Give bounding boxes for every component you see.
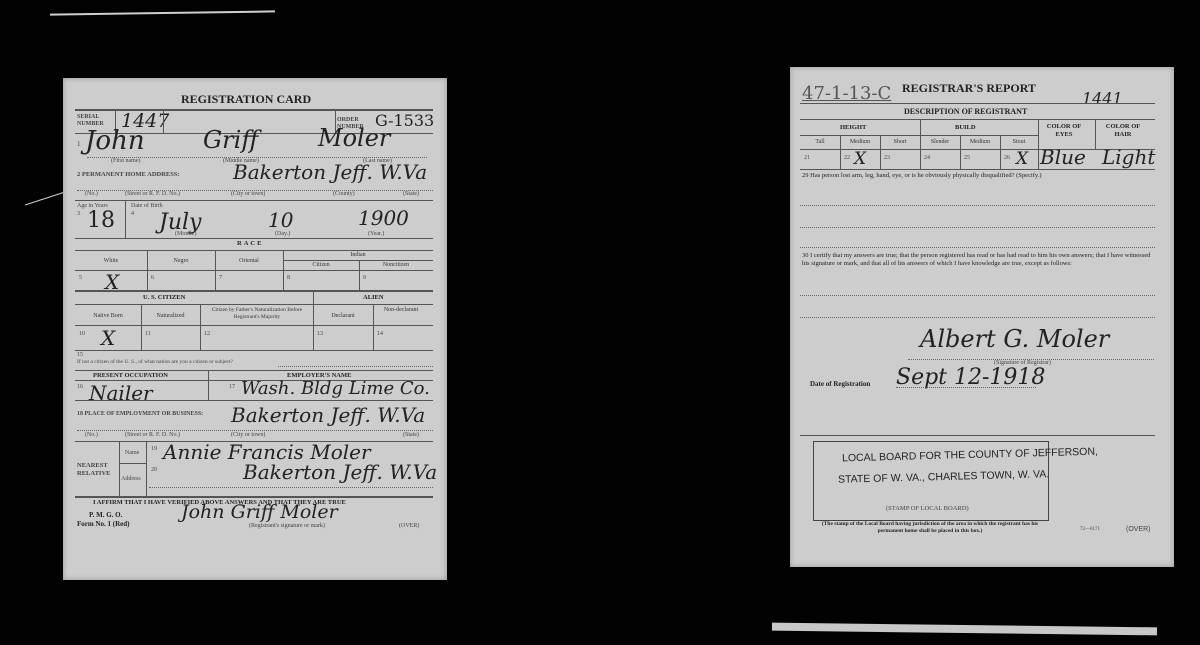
relative-address: Bakerton Jeff. W.Va xyxy=(243,460,437,484)
home-address: Bakerton Jeff. W.Va xyxy=(233,160,427,184)
age: 18 xyxy=(87,208,115,233)
question-29: 29 Has person lost arm, leg, hand, eye, … xyxy=(802,172,1157,180)
build-stout-mark: X xyxy=(1016,149,1028,169)
first-name: John xyxy=(85,126,145,156)
eye-color: Blue xyxy=(1040,145,1086,169)
alien-header: ALIEN xyxy=(363,294,384,301)
occupation: Nailer xyxy=(89,381,153,405)
question-15: If not a citizen of the U. S., of what n… xyxy=(77,359,233,365)
native-born-mark: X xyxy=(101,326,115,350)
dob-day: 10 xyxy=(268,208,293,232)
place-of-employment: Bakerton Jeff. W.Va xyxy=(231,403,425,427)
registrars-report-card: 47-1-13-C REGISTRAR'S REPORT 1441 DESCRI… xyxy=(790,67,1174,567)
race-header: RACE xyxy=(237,240,263,247)
last-name: Moler xyxy=(318,124,390,152)
occupation-header: PRESENT OCCUPATION xyxy=(93,372,168,379)
film-streak-left xyxy=(25,192,65,206)
place-of-employment-label: 18 PLACE OF EMPLOYMENT OR BUSINESS: xyxy=(77,411,203,417)
date-of-registration-label: Date of Registration xyxy=(810,380,870,388)
registration-card: REGISTRATION CARD SERIAL NUMBER 1447 ORD… xyxy=(63,78,447,580)
stamp-note: (The stamp of the Local Board having jur… xyxy=(810,521,1050,535)
description-subtitle: DESCRIPTION OF REGISTRANT xyxy=(904,107,1027,116)
form-code: 47-1-13-C xyxy=(802,83,891,104)
question-30: 30 I certify that my answers are true; t… xyxy=(802,252,1157,268)
film-streak-top xyxy=(50,10,275,15)
home-address-label: 2 PERMANENT HOME ADDRESS: xyxy=(77,171,180,178)
us-citizen-header: U. S. CITIZEN xyxy=(143,294,185,301)
middle-name: Griff xyxy=(203,126,258,154)
card-title: REGISTRATION CARD xyxy=(181,92,311,107)
film-strip-bottom xyxy=(772,623,1157,636)
height-medium-mark: X xyxy=(854,149,866,169)
employer-name: Wash. Bldg Lime Co. xyxy=(241,378,430,399)
registrant-signature: John Griff Moler xyxy=(181,501,338,523)
registrar-signature: Albert G. Moler xyxy=(920,325,1109,353)
hair-color: Light xyxy=(1102,145,1155,169)
nearest-relative-label: NEAREST RELATIVE xyxy=(77,462,115,478)
dob-year: 1900 xyxy=(358,206,409,230)
report-title: REGISTRAR'S REPORT xyxy=(902,81,1036,96)
corner-mark: 1441 xyxy=(1082,89,1123,108)
